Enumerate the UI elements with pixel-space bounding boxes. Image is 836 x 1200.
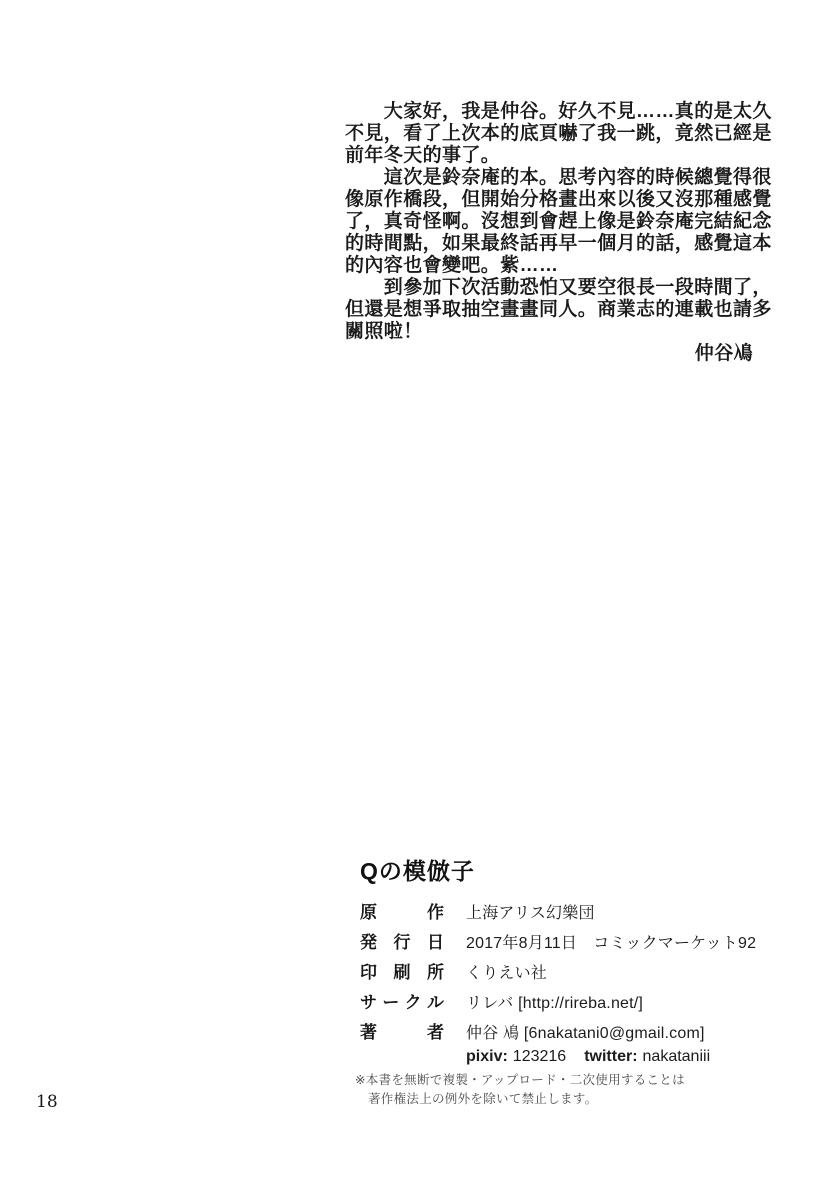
copyright-notice-line1: ※本書を無断で複製・アップロード・二次使用することは — [355, 1071, 685, 1090]
afterword-line: 像原作橋段，但開始分格畫出來以後又沒那種感覺 — [345, 189, 755, 211]
afterword-line: 但還是想爭取抽空畫畫同人。商業志的連載也請多 — [345, 299, 755, 321]
afterword-line: 的內容也會變吧。紫…… — [345, 255, 755, 277]
colophon-value-author: 仲谷 鳰 [6nakatani0@gmail.com] — [466, 1020, 705, 1043]
colophon-row-printer: 印刷所 くりえい社 — [360, 958, 780, 988]
author-signature: 仲谷鳰 — [345, 343, 755, 365]
colophon-label-circle: サークル — [360, 988, 444, 1013]
afterword-line: 前年冬天的事了。 — [345, 145, 755, 167]
colophon-row-original-work: 原作 上海アリス幻樂団 — [360, 898, 780, 928]
copyright-notice-line2: 著作権法上の例外を除いて禁止します。 — [355, 1090, 685, 1109]
pixiv-label: pixiv: — [466, 1048, 508, 1065]
doujinshi-afterword-page: 大家好，我是仲谷。好久不見……真的是太久 不見，看了上次本的底頁嚇了我一跳，竟然… — [0, 0, 836, 1200]
page-number: 18 — [36, 1092, 58, 1112]
afterword-line: 關照啦！ — [345, 321, 755, 343]
colophon-value-circle: リレバ [http://rireba.net/] — [466, 990, 643, 1013]
colophon-row-circle: サークル リレバ [http://rireba.net/] — [360, 988, 780, 1018]
colophon-value-publication-date: 2017年8月11日 コミックマーケット92 — [466, 930, 756, 953]
afterword-line: 不見，看了上次本的底頁嚇了我一跳，竟然已經是 — [345, 123, 755, 145]
colophon-row-publication-date: 発行日 2017年8月11日 コミックマーケット92 — [360, 928, 780, 958]
colophon-value-original-work: 上海アリス幻樂団 — [466, 900, 595, 923]
book-title: Qの模倣子 — [360, 853, 780, 886]
colophon-label-author: 著者 — [360, 1018, 444, 1043]
afterword-line: 這次是鈴奈庵的本。思考內容的時候總覺得很 — [345, 167, 755, 189]
copyright-notice: ※本書を無断で複製・アップロード・二次使用することは 著作権法上の例外を除いて禁… — [355, 1071, 685, 1109]
colophon-block: Qの模倣子 原作 上海アリス幻樂団 発行日 2017年8月11日 コミックマーケ… — [360, 853, 780, 1078]
afterword-line: 到參加下次活動恐怕又要空很長一段時間了， — [345, 277, 755, 299]
afterword-text-block: 大家好，我是仲谷。好久不見……真的是太久 不見，看了上次本的底頁嚇了我一跳，竟然… — [345, 101, 755, 365]
colophon-label-original-work: 原作 — [360, 898, 444, 923]
colophon-value-printer: くりえい社 — [466, 960, 547, 983]
twitter-label: twitter: — [584, 1048, 637, 1065]
colophon-label-printer: 印刷所 — [360, 958, 444, 983]
twitter-handle: nakataniii — [643, 1048, 711, 1065]
afterword-line: 的時間點，如果最終話再早一個月的話，感覺這本 — [345, 233, 755, 255]
colophon-label-publication-date: 発行日 — [360, 928, 444, 953]
afterword-line: 大家好，我是仲谷。好久不見……真的是太久 — [345, 101, 755, 123]
afterword-line: 了，真奇怪啊。沒想到會趕上像是鈴奈庵完結紀念 — [345, 211, 755, 233]
pixiv-id: 123216 — [513, 1048, 566, 1065]
colophon-row-author: 著者 仲谷 鳰 [6nakatani0@gmail.com] — [360, 1018, 780, 1048]
